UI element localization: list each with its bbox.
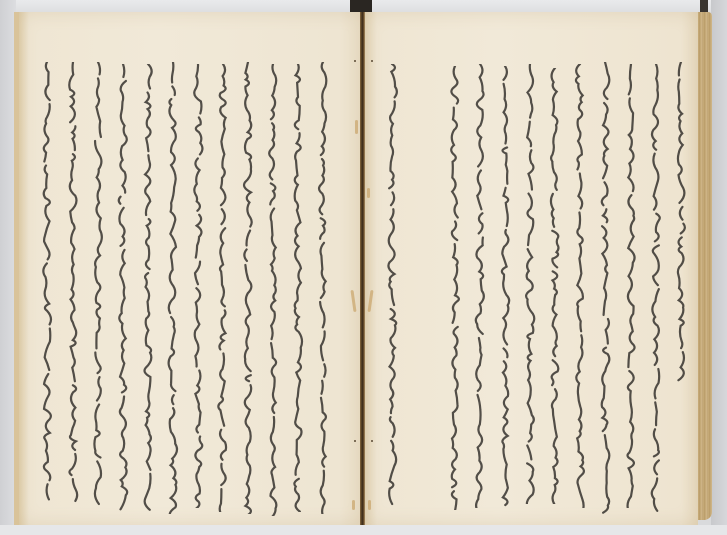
right-page: [365, 12, 698, 525]
manuscript-text-column: [188, 64, 208, 508]
background-right: [711, 0, 727, 535]
gutter-stain: [368, 500, 371, 510]
manuscript-text-column: [671, 62, 691, 386]
binding-hole: [354, 440, 356, 442]
manuscript-text-column: [570, 64, 590, 508]
manuscript-text-column: [263, 64, 283, 516]
manuscript-text-column: [595, 62, 615, 514]
manuscript-text-column: [382, 64, 402, 508]
binding-hole: [371, 60, 373, 62]
gutter-stain: [367, 188, 370, 198]
binding-hole: [354, 60, 356, 62]
manuscript-text-column: [646, 64, 666, 512]
manuscript-text-column: [520, 64, 540, 504]
manuscript-text-column: [470, 64, 490, 508]
manuscript-text-column: [213, 64, 233, 512]
manuscript-text-column: [63, 62, 83, 506]
manuscript-text-column: [37, 62, 57, 502]
manuscript-text-column: [495, 66, 515, 510]
manuscript-text-column: [545, 68, 565, 504]
binding-hole: [371, 440, 373, 442]
left-page: [14, 12, 367, 525]
book-fore-edge: [698, 12, 712, 520]
manuscript-text-column: [445, 66, 465, 510]
manuscript-text-column: [238, 62, 258, 514]
gutter-stain: [355, 120, 358, 134]
manuscript-text-column: [138, 64, 158, 512]
manuscript-text-column: [163, 62, 183, 514]
gutter-stain: [352, 500, 355, 510]
manuscript-text-column: [621, 64, 641, 508]
manuscript-text-column: [88, 62, 108, 506]
manuscript-text-column: [288, 64, 308, 512]
manuscript-text-column: [113, 64, 133, 512]
background-bottom: [0, 525, 727, 535]
manuscript-text-column: [313, 62, 333, 514]
